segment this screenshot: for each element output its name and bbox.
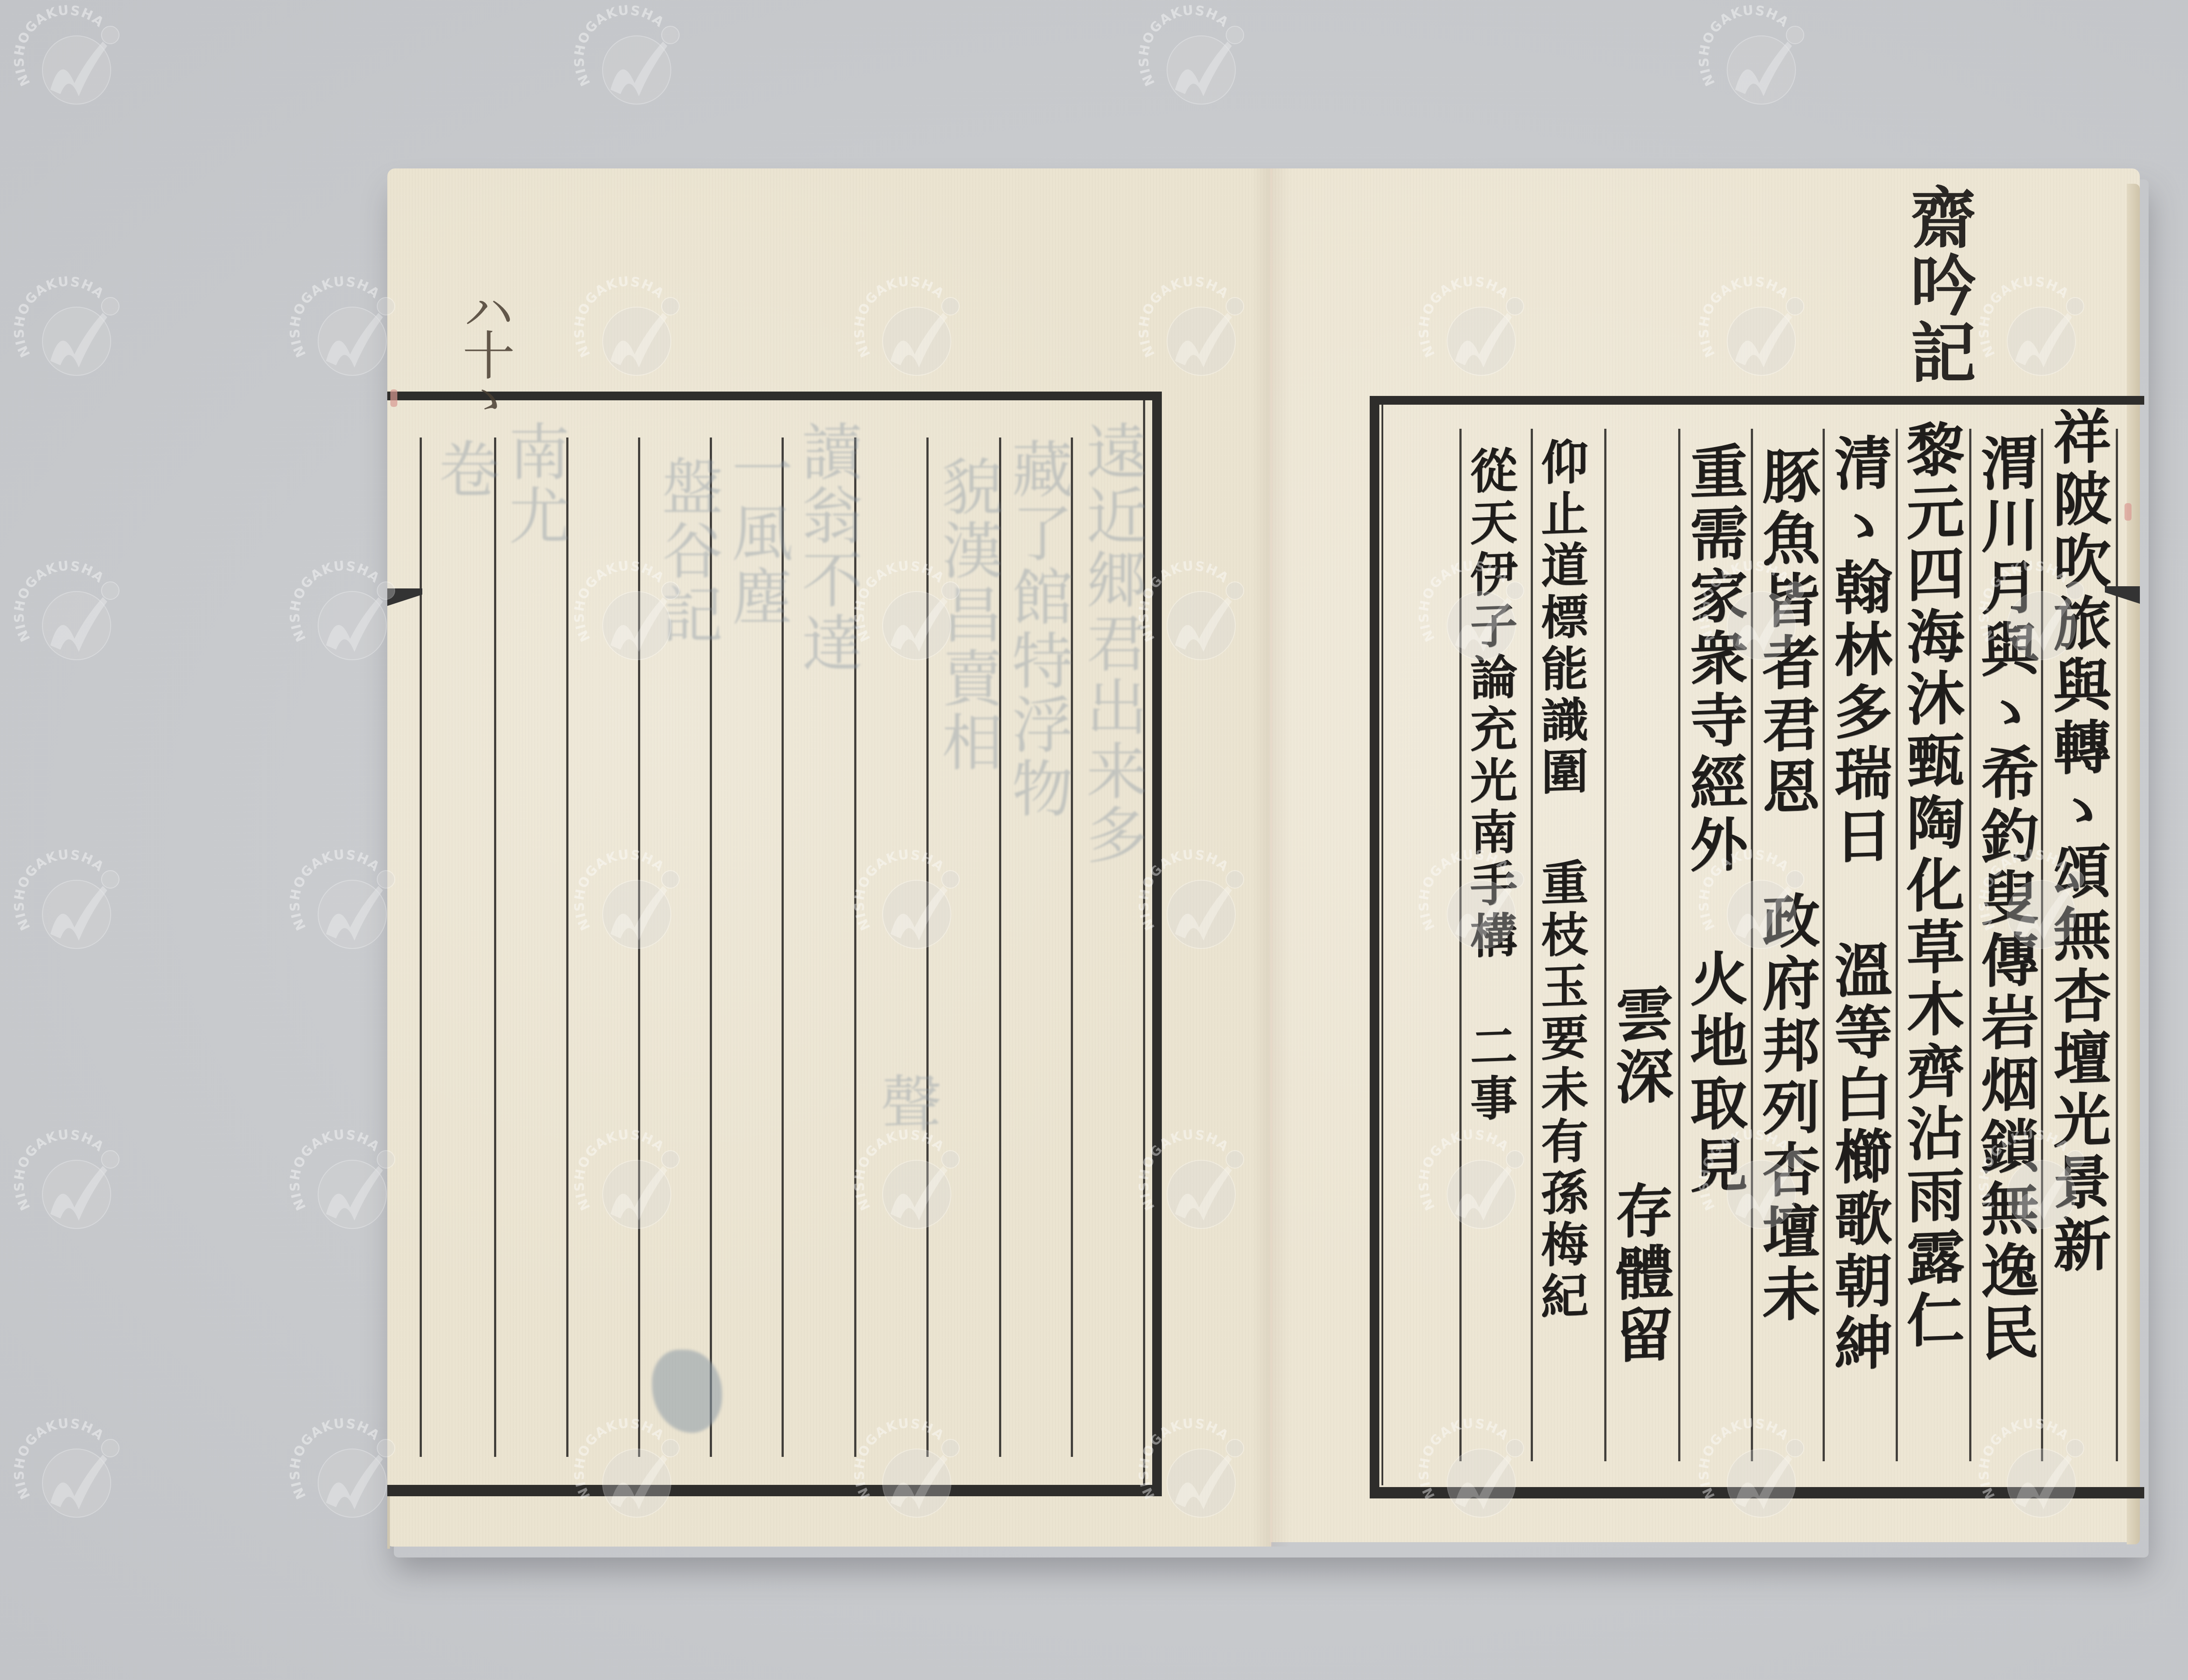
- show-through-column: 南尤: [503, 420, 565, 548]
- text-column: 渭川月與ゝ希釣叟傳岩烟鎖無逸民: [1976, 432, 2034, 1366]
- show-through-column: 一風塵: [726, 437, 788, 629]
- column-rule: [638, 437, 640, 1457]
- text-column: 從天伊子論充光南手構 二事: [1466, 445, 1513, 1126]
- show-through-column: 讀翁不達: [796, 420, 858, 675]
- text-column: 祥陂吹旅與轉ゝ頌無杏壇光景新: [2048, 406, 2106, 1278]
- column-rule: [494, 437, 496, 1457]
- show-through-column: 聲: [875, 1072, 936, 1136]
- book-gutter: [1252, 168, 1291, 1547]
- pink-mark: [2125, 503, 2132, 521]
- right-page-title-mark: 齋吟記: [1890, 184, 1985, 386]
- show-through-column: 藏了館特浮物: [1006, 437, 1068, 821]
- column-rule: [566, 437, 568, 1457]
- frame-inner-line: [1382, 405, 1383, 1485]
- column-rule: [2116, 429, 2118, 1461]
- left-marginal-note: ハ十ゝ: [446, 284, 522, 416]
- text-column: 仰止道標能識圍 重枝玉要未有孫梅紀: [1537, 437, 1584, 1324]
- show-through-column: 貌漢昌賣相: [936, 455, 998, 774]
- show-through-column: 遠近郷君出来多: [1081, 420, 1142, 867]
- column-rule: [926, 437, 929, 1457]
- text-column: 黎元四海沐甄陶化草木齊沾雨露仁: [1901, 419, 1959, 1353]
- text-column: 清ゝ翰林多瑞日 溫等白櫛歌朝紳: [1829, 432, 1887, 1376]
- pink-mark: [390, 389, 397, 407]
- left-page-edge: [387, 1496, 1274, 1549]
- show-through-column: 盤谷記: [656, 455, 718, 647]
- column-rule: [1459, 429, 1462, 1461]
- text-column: 重需家衆寺經外 火地取見: [1685, 441, 1743, 1199]
- text-column: 豚魚皆者君恩 政府邦列杏壇未: [1757, 445, 1815, 1327]
- show-through-column: 卷: [433, 437, 494, 501]
- text-column: 雲深 存體留: [1610, 983, 1668, 1368]
